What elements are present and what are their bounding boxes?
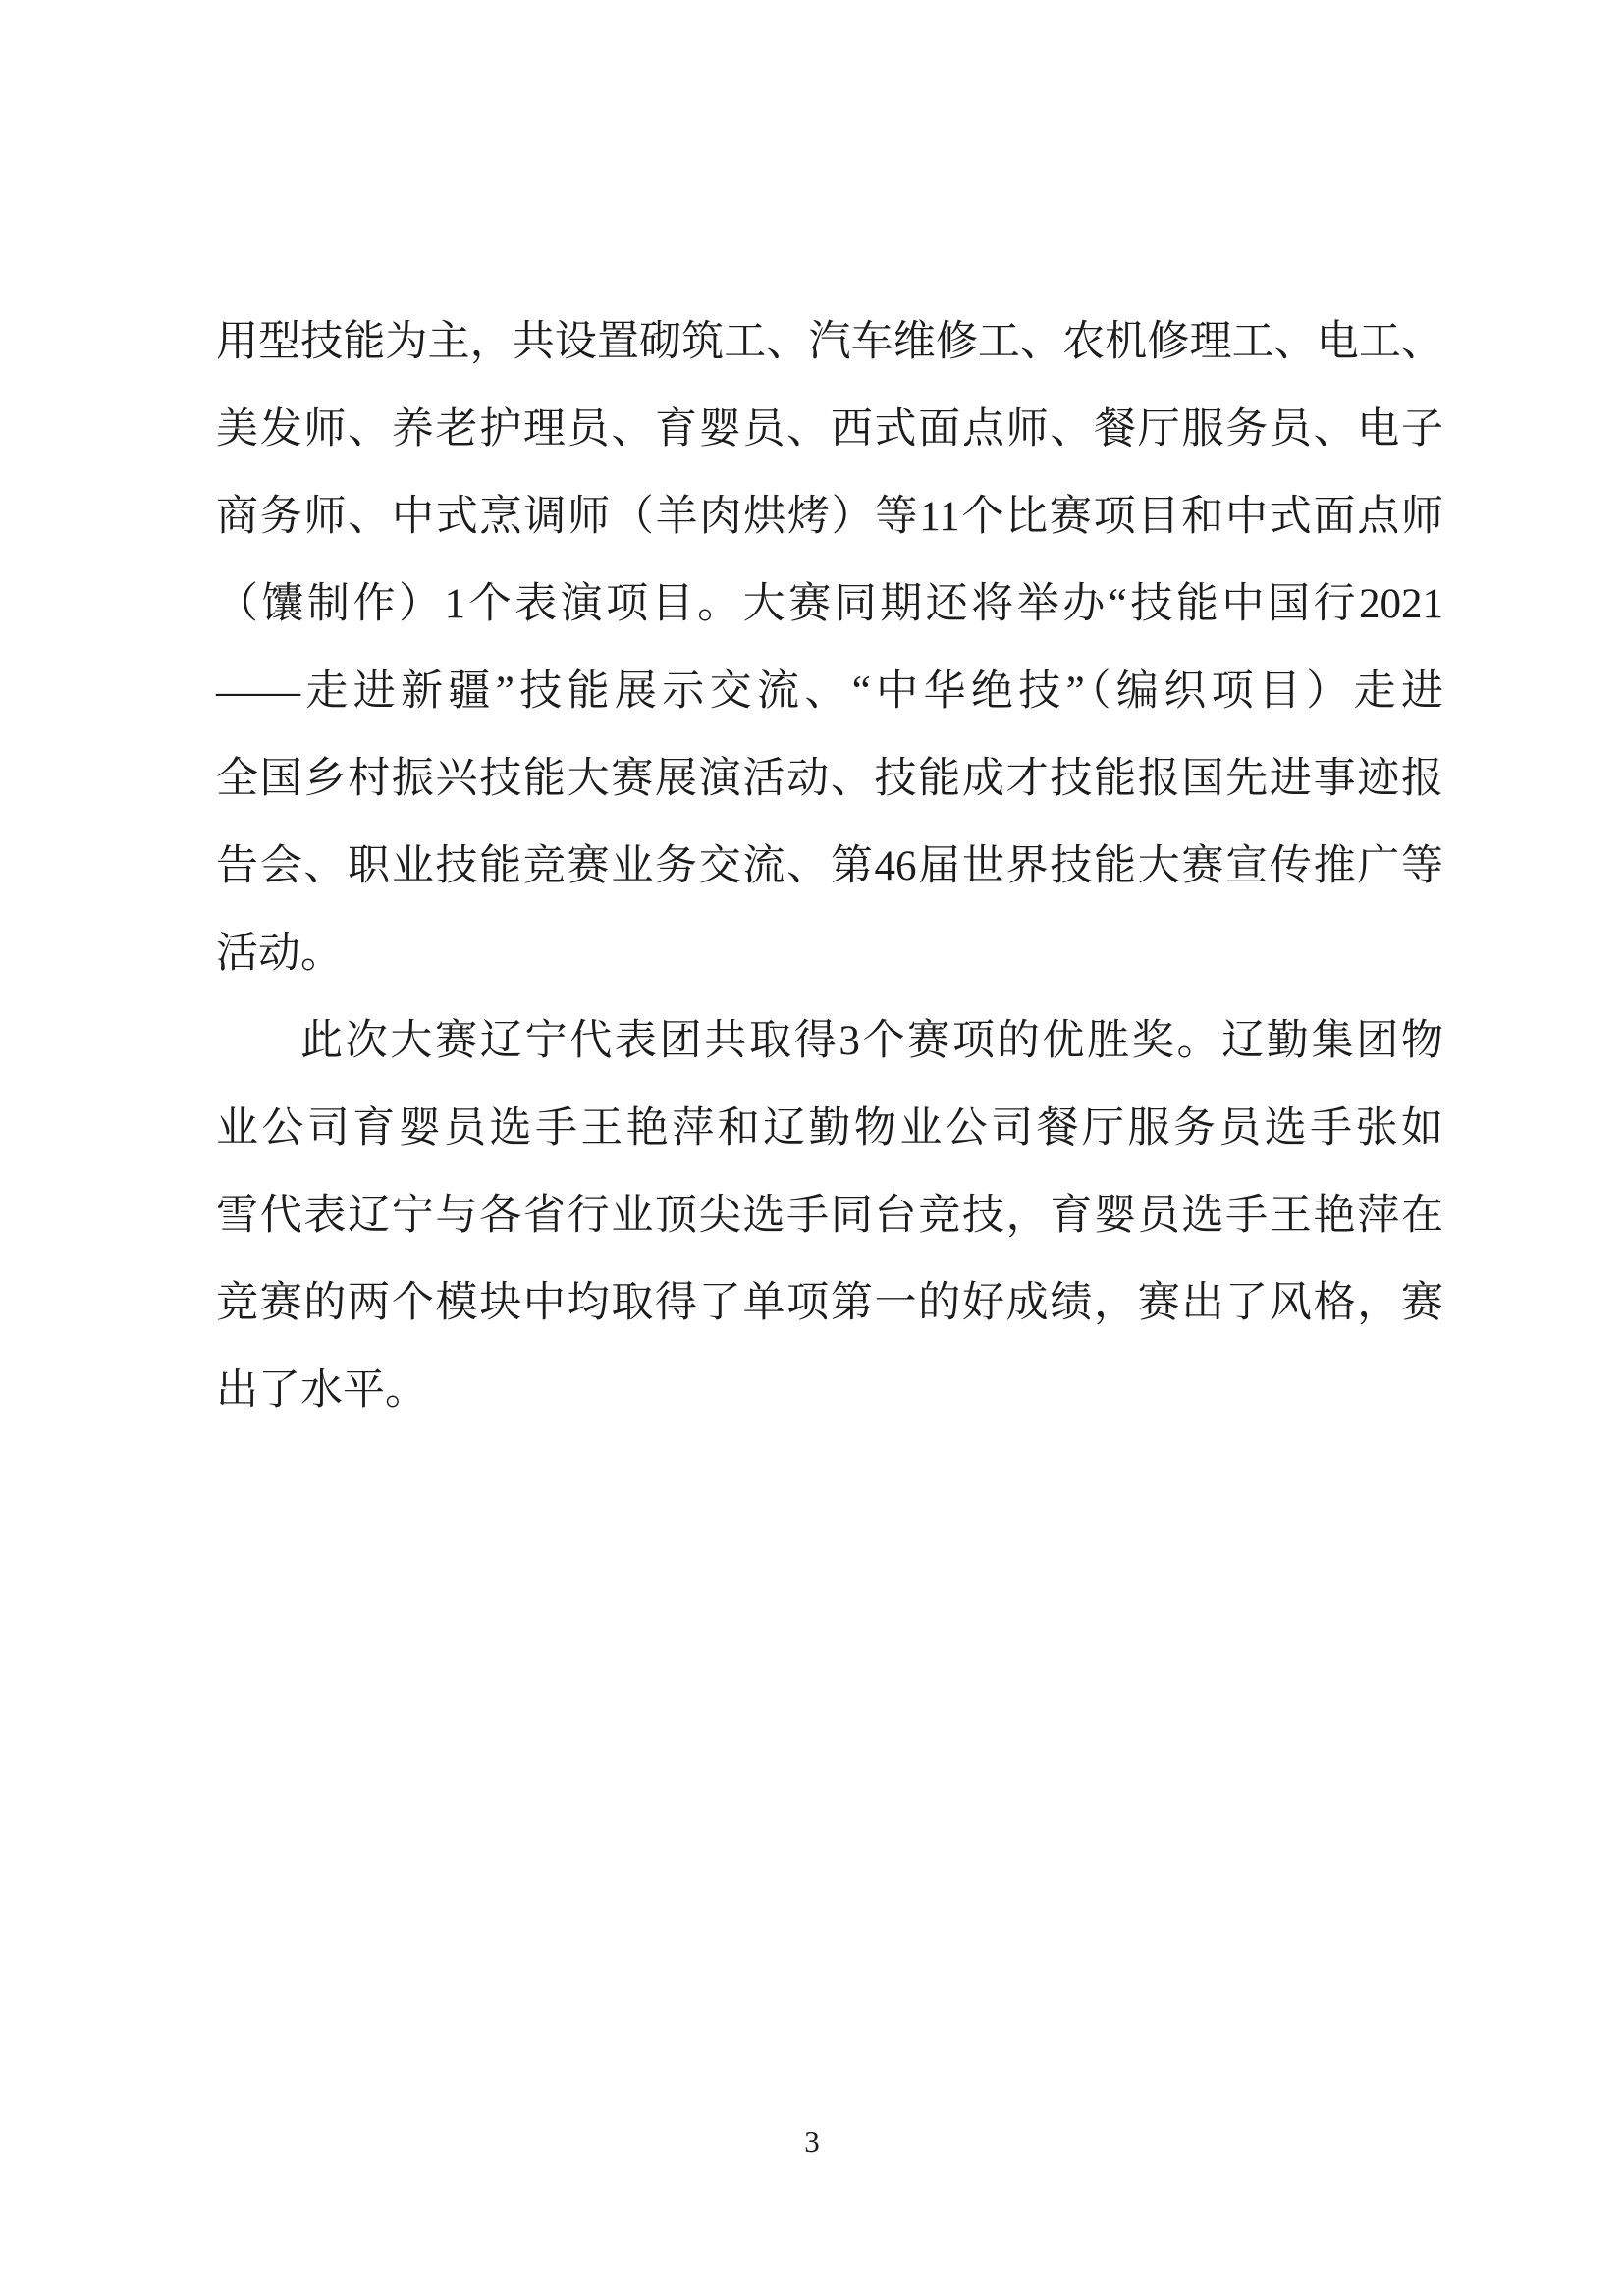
body-line: 商务师、中式烹调师（羊肉烘烤）等11个比赛项目和中式面点师 [216, 473, 1443, 561]
document-body: 用型技能为主，共设置砌筑工、汽车维修工、农机修理工、电工、 美发师、养老护理员、… [216, 298, 1443, 1434]
paragraph-2: 此次大赛辽宁代表团共取得3个赛项的优胜奖。辽勤集团物 业公司育婴员选手王艳萍和辽… [216, 997, 1443, 1434]
body-line: 美发师、养老护理员、育婴员、西式面点师、餐厅服务员、电子 [216, 386, 1443, 473]
body-line: 竞赛的两个模块中均取得了单项第一的好成绩，赛出了风格，赛 [216, 1259, 1443, 1347]
page-number: 3 [0, 2122, 1624, 2162]
body-line: 活动。 [216, 910, 1443, 997]
body-line: 业公司育婴员选手王艳萍和辽勤物业公司餐厅服务员选手张如 [216, 1085, 1443, 1172]
body-line: 告会、职业技能竞赛业务交流、第46届世界技能大赛宣传推广等 [216, 823, 1443, 910]
paragraph-1: 用型技能为主，共设置砌筑工、汽车维修工、农机修理工、电工、 美发师、养老护理员、… [216, 298, 1443, 997]
body-line: 用型技能为主，共设置砌筑工、汽车维修工、农机修理工、电工、 [216, 298, 1443, 386]
document-page: 用型技能为主，共设置砌筑工、汽车维修工、农机修理工、电工、 美发师、养老护理员、… [0, 0, 1624, 2296]
body-line: ——走进新疆”技能展示交流、“中华绝技”（编织项目）走进 [216, 648, 1443, 735]
body-line: 出了水平。 [216, 1347, 1443, 1434]
body-line: 此次大赛辽宁代表团共取得3个赛项的优胜奖。辽勤集团物 [216, 997, 1443, 1085]
body-line: 雪代表辽宁与各省行业顶尖选手同台竞技，育婴员选手王艳萍在 [216, 1172, 1443, 1259]
body-line: 全国乡村振兴技能大赛展演活动、技能成才技能报国先进事迹报 [216, 735, 1443, 823]
body-line: （馕制作）1个表演项目。大赛同期还将举办“技能中国行2021 [216, 561, 1443, 648]
